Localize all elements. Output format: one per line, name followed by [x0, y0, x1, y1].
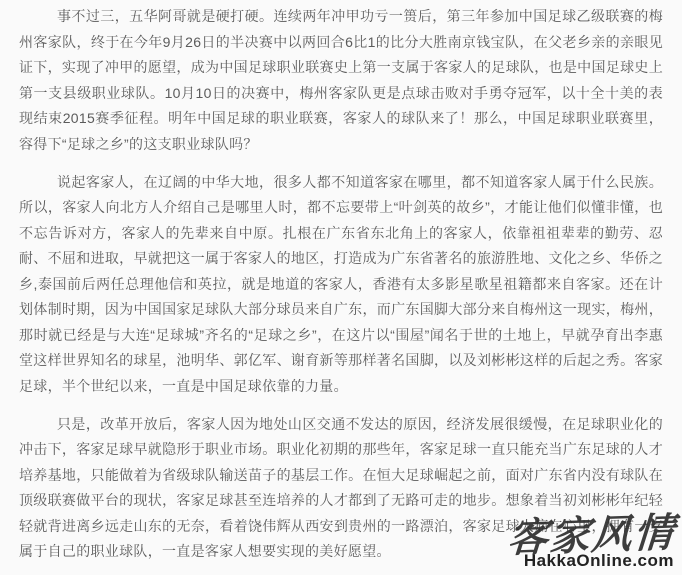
paragraph-hakka-intro: 说起客家人，在辽阔的中华大地，很多人都不知道客家在哪里，都不知道客家人属于什么民…: [19, 170, 663, 400]
paragraph-professional-era: 只是，改革开放后，客家人因为地处山区交通不发达的原因，经济发展很缓慢，在足球职业…: [19, 412, 663, 565]
article-body: 事不过三，五华阿哥就是硬打硬。连续两年冲甲功亏一篑后，第三年参加中国足球乙级联赛…: [19, 4, 663, 575]
article-page: 事不过三，五华阿哥就是硬打硬。连续两年冲甲功亏一篑后，第三年参加中国足球乙级联赛…: [0, 0, 682, 575]
paragraph-promotion-story: 事不过三，五华阿哥就是硬打硬。连续两年冲甲功亏一篑后，第三年参加中国足球乙级联赛…: [19, 4, 663, 157]
